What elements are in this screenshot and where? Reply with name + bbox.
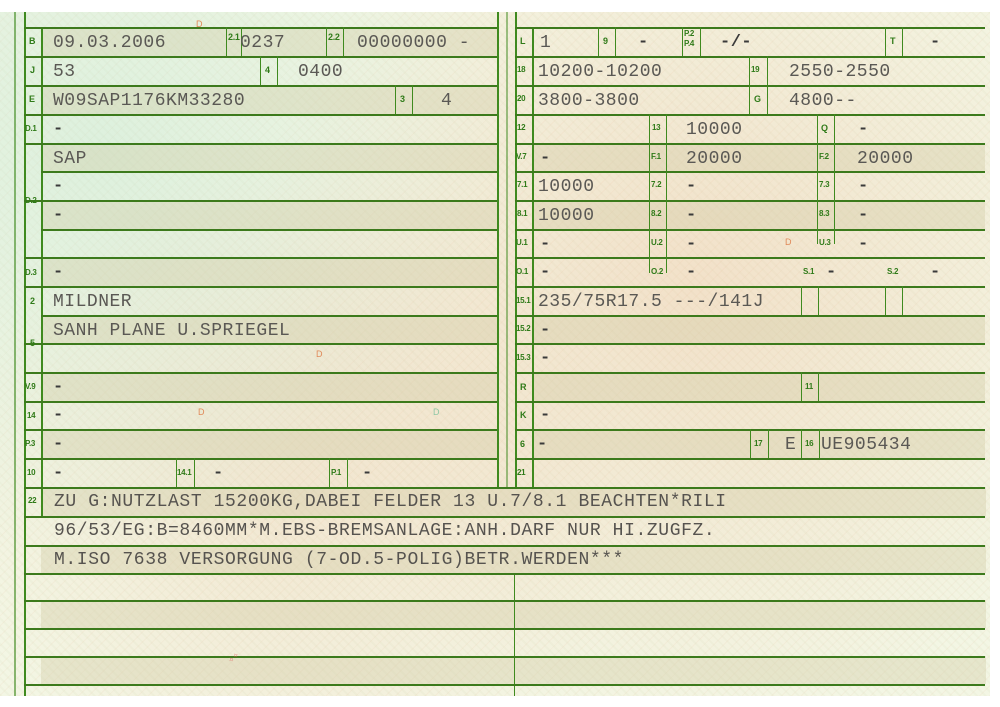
label-V-9: V.9 xyxy=(25,383,35,391)
label-8-1: 8.1 xyxy=(517,210,527,218)
label-O-2: O.2 xyxy=(651,268,663,276)
label-3: 3 xyxy=(400,95,405,104)
label-15-1: 15.1 xyxy=(516,297,530,305)
field-8-2: - xyxy=(686,207,697,224)
label-O-1: O.1 xyxy=(516,268,528,276)
field-17: E xyxy=(785,436,796,454)
field-16-document-number: UE905434 xyxy=(821,436,911,454)
field-18-length: 10200-10200 xyxy=(538,63,662,81)
label-S-1: S.1 xyxy=(803,268,814,276)
label-S-2: S.2 xyxy=(887,268,898,276)
field-Q: - xyxy=(858,121,869,138)
registration-document: B 2.1 2.2 J 4 E 3 D.1 D.2 D.3 2 5 V.9 14… xyxy=(0,12,990,696)
field-E-vin: W09SAP1176KM33280 xyxy=(53,92,245,110)
label-21: 21 xyxy=(517,469,525,477)
label-6: 6 xyxy=(520,440,525,449)
watermark-d: D xyxy=(433,408,439,417)
field-V-9: - xyxy=(53,379,64,396)
label-T: T xyxy=(890,37,895,46)
remarks-label-divider xyxy=(41,487,43,516)
field-D-1-line2: SAP xyxy=(53,150,87,168)
field-U-2: - xyxy=(686,236,697,253)
field-19-width: 2550-2550 xyxy=(789,63,891,81)
center-divider-b xyxy=(506,12,508,487)
label-U-3: U.3 xyxy=(819,239,831,247)
field-2-manufacturer: MILDNER xyxy=(53,293,132,311)
label-15-2: 15.2 xyxy=(516,325,530,333)
label-9: 9 xyxy=(603,37,608,46)
label-E: E xyxy=(29,95,35,104)
label-G: G xyxy=(754,95,761,104)
center-divider-a xyxy=(497,12,499,487)
label-R: R xyxy=(520,383,526,392)
field-D-1: - xyxy=(53,121,64,138)
label-12: 12 xyxy=(517,124,525,132)
field-D-2: - xyxy=(53,178,64,195)
label-8-3: 8.3 xyxy=(819,210,829,218)
field-7-1: 10000 xyxy=(538,178,595,196)
field-20-height: 3800-3800 xyxy=(538,92,640,110)
field-5-body-type: SANH PLANE U.SPRIEGEL xyxy=(53,322,290,340)
label-19: 19 xyxy=(751,66,759,74)
field-T: - xyxy=(930,34,941,51)
center-divider-c xyxy=(515,12,517,487)
label-L: L xyxy=(520,37,525,46)
label-J: J xyxy=(30,66,35,75)
label-22: 22 xyxy=(28,497,36,505)
field-F-1-max-mass: 20000 xyxy=(686,150,743,168)
field-10: - xyxy=(53,465,64,482)
field-15-3: - xyxy=(540,350,551,367)
label-V-7: V.7 xyxy=(516,153,526,161)
field-G-empty-mass: 4800-- xyxy=(789,92,857,110)
label-18: 18 xyxy=(517,66,525,74)
label-D-2: D.2 xyxy=(25,197,37,205)
label-8-2: 8.2 xyxy=(651,210,661,218)
field-L-axles: 1 xyxy=(540,34,551,52)
label-10: 10 xyxy=(27,469,35,477)
watermark-d: D xyxy=(196,20,202,29)
field-2-2-type-code: 00000000 - xyxy=(357,34,470,52)
field-S-2: - xyxy=(930,264,941,281)
field-8-3: - xyxy=(858,207,869,224)
field-F-2-max-mass: 20000 xyxy=(857,150,914,168)
label-P-2-P-4: P.2P.4 xyxy=(684,29,694,49)
label-P-1: P.1 xyxy=(331,469,341,477)
field-7-3: - xyxy=(858,178,869,195)
label-D-1: D.1 xyxy=(25,125,37,133)
field-8-1: 10000 xyxy=(538,207,595,225)
field-13-axle-load: 10000 xyxy=(686,121,743,139)
field-3: 4 xyxy=(441,92,452,110)
field-7-2: - xyxy=(686,178,697,195)
field-J: 53 xyxy=(53,63,76,81)
label-7-1: 7.1 xyxy=(517,181,527,189)
label-15-3: 15.3 xyxy=(516,354,530,362)
label-17: 17 xyxy=(754,440,762,448)
watermark-d: D xyxy=(198,408,204,417)
label-Q: Q xyxy=(821,124,828,133)
watermark-d: D xyxy=(316,350,322,359)
field-15-2: - xyxy=(540,322,551,339)
field-O-1: - xyxy=(540,264,551,281)
label-14-1: 14.1 xyxy=(177,469,191,477)
label-7-2: 7.2 xyxy=(651,181,661,189)
label-F-1: F.1 xyxy=(651,153,661,161)
field-D-2-line2: - xyxy=(53,207,64,224)
field-O-2: - xyxy=(686,264,697,281)
label-F-2: F.2 xyxy=(819,153,829,161)
field-15-1-tyres: 235/75R17.5 ---/141J xyxy=(538,293,764,311)
label-U-1: U.1 xyxy=(516,239,528,247)
field-P-1: - xyxy=(362,465,373,482)
remarks-line-2: 96/53/EG:B=8460MM*M.EBS-BREMSANLAGE:ANH.… xyxy=(54,522,715,540)
label-2-2: 2.2 xyxy=(328,33,340,42)
field-D-3: - xyxy=(53,264,64,281)
label-5: 5 xyxy=(30,339,35,348)
label-K: K xyxy=(520,411,526,420)
remarks-line-3: M.ISO 7638 VERSORGUNG (7-OD.5-POLIG)BETR… xyxy=(54,551,624,569)
field-P-3: - xyxy=(53,436,64,453)
left-border-outer xyxy=(14,12,16,696)
label-B: B xyxy=(29,37,35,46)
field-V-7: - xyxy=(540,150,551,167)
field-2-1-manufacturer-code: 0237 xyxy=(240,34,285,52)
label-U-2: U.2 xyxy=(651,239,663,247)
lower-center-line xyxy=(514,573,515,696)
field-14: - xyxy=(53,407,64,424)
field-4: 0400 xyxy=(298,63,343,81)
label-2: 2 xyxy=(30,297,35,306)
label-20: 20 xyxy=(517,95,525,103)
watermark-d: D xyxy=(785,238,791,247)
field-14-1: - xyxy=(213,465,224,482)
field-S-1: - xyxy=(826,264,837,281)
field-U-1: - xyxy=(540,236,551,253)
label-16: 16 xyxy=(805,440,813,448)
field-6: - xyxy=(537,436,548,453)
label-7-3: 7.3 xyxy=(819,181,829,189)
label-14: 14 xyxy=(27,412,35,420)
label-P-3: P.3 xyxy=(25,440,35,448)
field-U-3: - xyxy=(858,236,869,253)
label-11: 11 xyxy=(805,383,813,391)
label-2-1: 2.1 xyxy=(228,33,240,42)
label-13: 13 xyxy=(652,124,660,132)
label-D-3: D.3 xyxy=(25,269,37,277)
field-B-first-registration-date: 09.03.2006 xyxy=(53,34,166,52)
field-P-2-P-4: -/- xyxy=(720,34,752,51)
field-9: - xyxy=(638,34,649,51)
label-4: 4 xyxy=(265,66,270,75)
remarks-line-1: ZU G:NUTZLAST 15200KG,DABEI FELDER 13 U.… xyxy=(54,493,727,511)
field-K: - xyxy=(540,407,551,424)
